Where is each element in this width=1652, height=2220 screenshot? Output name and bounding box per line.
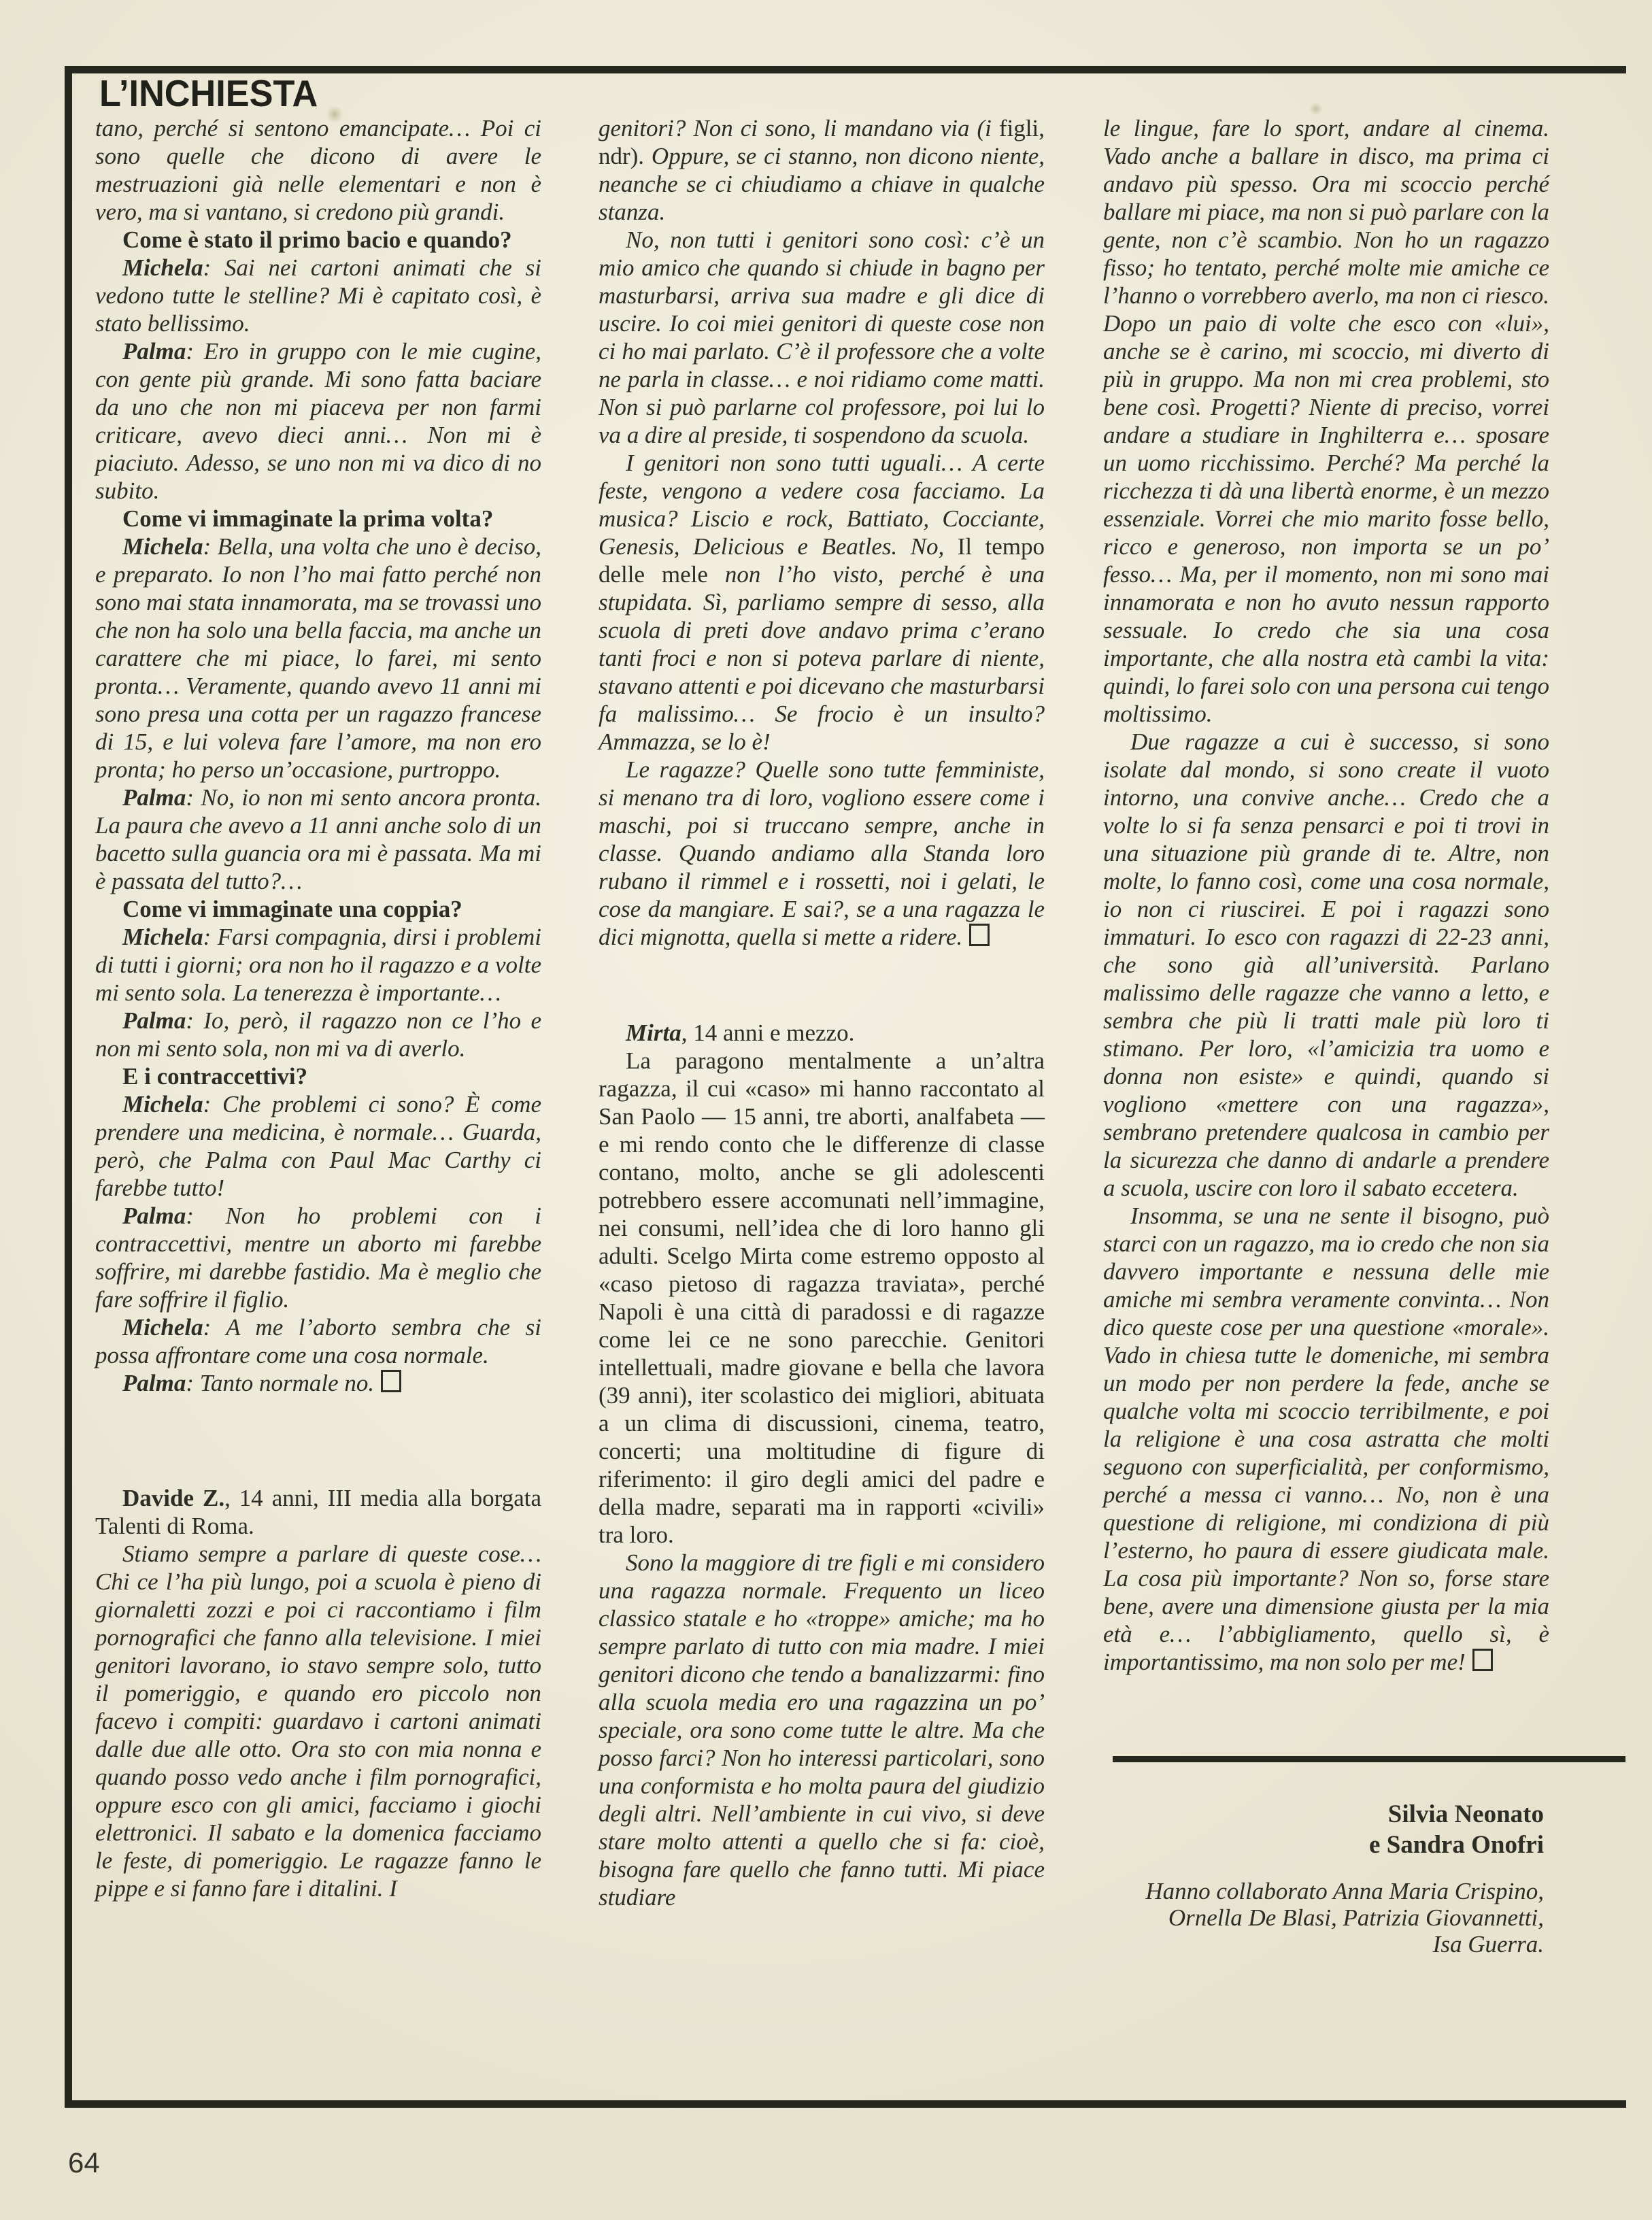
body-paragraph: Palma: Tanto normale no. xyxy=(95,1369,541,1397)
body-paragraph: Michela: A me l’aborto sembra che si pos… xyxy=(95,1313,541,1369)
end-of-section-mark xyxy=(969,924,990,946)
signature-credit: Hanno collaborato Anna Maria Crispino, xyxy=(1103,1878,1549,1904)
signature-divider-rule xyxy=(1113,1756,1625,1762)
body-paragraph: Michela: Sai nei cartoni animati che si … xyxy=(95,254,541,337)
text-segment: Le ragazze? Quelle sono tutte femministe… xyxy=(599,756,1045,950)
column-3: le lingue, fare lo sport, andare al cine… xyxy=(1103,114,1549,1957)
text-segment: No, non tutti i genitori sono così: c’è … xyxy=(599,226,1045,448)
body-paragraph: I genitori non sono tutti uguali… A cert… xyxy=(599,449,1045,756)
speaker-name: Michela xyxy=(122,1091,203,1117)
text-segment: : Tanto normale no. xyxy=(186,1370,374,1396)
signature-credit: Isa Guerra. xyxy=(1103,1931,1549,1957)
body-paragraph: Sono la maggiore di tre figli e mi consi… xyxy=(599,1549,1045,1911)
speaker-name: Michela xyxy=(122,533,203,560)
text-segment: , 14 anni e mezzo. xyxy=(681,1020,855,1046)
section-gap xyxy=(95,1397,541,1484)
body-paragraph: No, non tutti i genitori sono così: c’è … xyxy=(599,226,1045,449)
speaker-name: Palma xyxy=(122,338,186,365)
bold-text: Come vi immaginate la prima volta? xyxy=(122,505,493,532)
body-paragraph: Michela: Bella, una volta che uno è deci… xyxy=(95,533,541,784)
body-paragraph: Le ragazze? Quelle sono tutte femministe… xyxy=(599,756,1045,951)
page-title: L’INCHIESTA xyxy=(99,75,318,112)
question-heading: E i contraccettivi? xyxy=(95,1062,541,1090)
speaker-name: Palma xyxy=(122,784,186,811)
text-segment: Hanno collaborato Anna Maria Crispino, xyxy=(1145,1878,1544,1904)
frame-bottom-rule xyxy=(65,2100,1626,2108)
body-paragraph: La paragono mentalmente a un’altra ragaz… xyxy=(599,1047,1045,1549)
signature-author: e Sandra Onofri xyxy=(1103,1830,1549,1860)
text-segment: tano, perché si sentono emancipate… Poi … xyxy=(95,115,541,225)
text-segment: le lingue, fare lo sport, andare al cine… xyxy=(1103,115,1549,727)
body-paragraph: tano, perché si sentono emancipate… Poi … xyxy=(95,114,541,226)
section-heading: Mirta, 14 anni e mezzo. xyxy=(599,1019,1045,1047)
section-gap xyxy=(599,951,1045,1019)
text-segment: Due ragazze a cui è successo, si sono is… xyxy=(1103,728,1549,1201)
bold-text: Come è stato il primo bacio e quando? xyxy=(122,226,512,253)
body-paragraph: Palma: Io, però, il ragazzo non ce l’ho … xyxy=(95,1007,541,1062)
body-paragraph: Palma: Ero in gruppo con le mie cugine, … xyxy=(95,337,541,505)
column-2: genitori? Non ci sono, li mandano via (i… xyxy=(599,114,1045,1911)
body-paragraph: genitori? Non ci sono, li mandano via (i… xyxy=(599,114,1045,226)
body-paragraph: Palma: Non ho problemi con i contraccett… xyxy=(95,1202,541,1313)
body-paragraph: le lingue, fare lo sport, andare al cine… xyxy=(1103,114,1549,728)
body-paragraph: Michela: Che problemi ci sono? È come pr… xyxy=(95,1090,541,1202)
text-segment: : Bella, una volta che uno è deciso, e p… xyxy=(95,533,541,783)
page-number: 64 xyxy=(68,2147,100,2179)
bold-text: Silvia Neonato xyxy=(1388,1800,1544,1828)
bold-text: Come vi immaginate una coppia? xyxy=(122,896,462,922)
question-heading: Come vi immaginate la prima volta? xyxy=(95,505,541,533)
speaker-name: Palma xyxy=(122,1202,186,1229)
column-1: tano, perché si sentono emancipate… Poi … xyxy=(95,114,541,1902)
text-segment: Insomma, se una ne sente il bisogno, può… xyxy=(1103,1202,1549,1675)
bold-text: e Sandra Onofri xyxy=(1369,1831,1544,1859)
magazine-page: L’INCHIESTA tano, perché si sentono eman… xyxy=(0,0,1652,2220)
body-paragraph: Michela: Farsi compagnia, dirsi i proble… xyxy=(95,923,541,1007)
text-segment: Stiamo sempre a parlare di queste cose… … xyxy=(95,1541,541,1902)
question-heading: Come vi immaginate una coppia? xyxy=(95,895,541,923)
body-paragraph: Stiamo sempre a parlare di queste cose… … xyxy=(95,1540,541,1902)
speaker-name: Michela xyxy=(122,1314,203,1341)
text-segment: Isa Guerra. xyxy=(1433,1931,1544,1957)
question-heading: Come è stato il primo bacio e quando? xyxy=(95,226,541,254)
text-segment: Sono la maggiore di tre figli e mi consi… xyxy=(599,1549,1045,1911)
text-segment: La paragono mentalmente a un’altra ragaz… xyxy=(599,1047,1045,1548)
end-of-section-mark xyxy=(381,1370,401,1392)
signature-author: Silvia Neonato xyxy=(1103,1799,1549,1830)
signature-credit: Ornella De Blasi, Patrizia Giovannetti, xyxy=(1103,1904,1549,1931)
text-segment: genitori? Non ci sono, li mandano via (i xyxy=(599,115,999,141)
text-segment: Oppure, se ci stanno, non dicono niente,… xyxy=(599,143,1045,225)
end-of-section-mark xyxy=(1472,1649,1493,1671)
bold-text: E i contraccettivi? xyxy=(122,1063,307,1090)
body-paragraph: Insomma, se una ne sente il bisogno, può… xyxy=(1103,1202,1549,1676)
frame-left-rule xyxy=(65,66,72,2108)
speaker-name: Michela xyxy=(122,924,203,950)
section-heading: Davide Z., 14 anni, III media alla borga… xyxy=(95,1484,541,1540)
speaker-name: Palma xyxy=(122,1007,186,1034)
text-segment: non l’ho visto, perché è una stupidata. … xyxy=(599,561,1045,755)
body-paragraph: Due ragazze a cui è successo, si sono is… xyxy=(1103,728,1549,1202)
speaker-name: Mirta xyxy=(626,1020,681,1046)
speaker-name: Michela xyxy=(122,254,203,281)
bold-text: Davide Z. xyxy=(122,1485,224,1511)
body-paragraph: Palma: No, io non mi sento ancora pronta… xyxy=(95,784,541,895)
speaker-name: Palma xyxy=(122,1370,186,1396)
text-segment: Ornella De Blasi, Patrizia Giovannetti, xyxy=(1168,1904,1544,1931)
